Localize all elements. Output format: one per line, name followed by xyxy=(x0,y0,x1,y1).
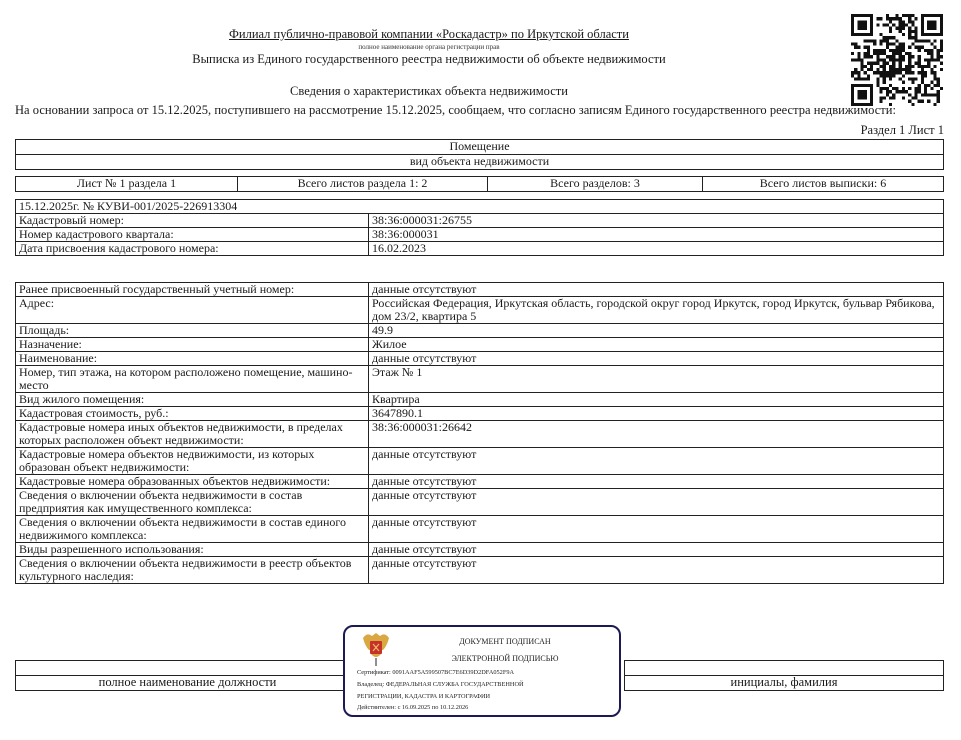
row-value: 38:36:000031:26642 xyxy=(369,421,944,448)
registration-row: Кадастровый номер:38:36:000031:26755 xyxy=(16,214,944,228)
section-title: Сведения о характеристиках объекта недви… xyxy=(0,84,858,99)
position-caption: полное наименование должности xyxy=(16,676,360,691)
row-value: данные отсутствуют xyxy=(369,557,944,584)
characteristic-row: Адрес:Российская Федерация, Иркутская об… xyxy=(16,297,944,324)
row-label: Наименование: xyxy=(16,352,369,366)
total-sheets-section: Всего листов раздела 1: 2 xyxy=(238,177,488,192)
characteristic-row: Кадастровые номера объектов недвижимости… xyxy=(16,448,944,475)
row-value: Этаж № 1 xyxy=(369,366,944,393)
row-label: Назначение: xyxy=(16,338,369,352)
row-value: данные отсутствуют xyxy=(369,489,944,516)
row-label: Виды разрешенного использования: xyxy=(16,543,369,557)
object-type-caption: вид объекта недвижимости xyxy=(16,155,944,170)
organization-caption: полное наименование органа регистрации п… xyxy=(0,43,858,51)
sheets-info-table: Лист № 1 раздела 1 Всего листов раздела … xyxy=(15,176,944,192)
characteristic-row: Ранее присвоенный государственный учетны… xyxy=(16,283,944,297)
total-sheets-extract: Всего листов выписки: 6 xyxy=(703,177,944,192)
row-label: Адрес: xyxy=(16,297,369,324)
row-value: 3647890.1 xyxy=(369,407,944,421)
row-value: данные отсутствуют xyxy=(369,283,944,297)
row-label: Ранее присвоенный государственный учетны… xyxy=(16,283,369,297)
total-sections: Всего разделов: 3 xyxy=(488,177,703,192)
stamp-owner-2: РЕГИСТРАЦИИ, КАДАСТРА И КАРТОГРАФИИ xyxy=(357,693,490,700)
section-reference: Раздел 1 Лист 1 xyxy=(861,123,944,138)
characteristic-row: Вид жилого помещения:Квартира xyxy=(16,393,944,407)
name-caption: инициалы, фамилия xyxy=(625,676,944,691)
row-label: Номер, тип этажа, на котором расположено… xyxy=(16,366,369,393)
qr-code-icon xyxy=(851,14,943,106)
row-label: Кадастровая стоимость, руб.: xyxy=(16,407,369,421)
characteristic-row: Кадастровые номера образованных объектов… xyxy=(16,475,944,489)
row-label: Номер кадастрового квартала: xyxy=(16,228,369,242)
row-label: Вид жилого помещения: xyxy=(16,393,369,407)
e-signature-stamp: ДОКУМЕНТ ПОДПИСАН ЭЛЕКТРОННОЙ ПОДПИСЬЮ С… xyxy=(343,625,621,717)
row-value: 49.9 xyxy=(369,324,944,338)
characteristic-row: Сведения о включении объекта недвижимост… xyxy=(16,557,944,584)
row-label: Сведения о включении объекта недвижимост… xyxy=(16,516,369,543)
row-label: Кадастровые номера образованных объектов… xyxy=(16,475,369,489)
row-label: Площадь: xyxy=(16,324,369,338)
stamp-owner-1: Владелец: ФЕДЕРАЛЬНАЯ СЛУЖБА ГОСУДАРСТВЕ… xyxy=(357,681,524,688)
object-type: Помещение xyxy=(16,140,944,155)
row-value: Российская Федерация, Иркутская область,… xyxy=(369,297,944,324)
organization-title: Филиал публично-правовой компании «Роска… xyxy=(0,27,858,42)
row-label: Кадастровые номера иных объектов недвижи… xyxy=(16,421,369,448)
stamp-line-2: ЭЛЕКТРОННОЙ ПОДПИСЬЮ xyxy=(405,654,605,663)
characteristic-row: Площадь:49.9 xyxy=(16,324,944,338)
characteristics-table: Ранее присвоенный государственный учетны… xyxy=(15,282,944,584)
stamp-validity: Действителен: с 16.09.2025 по 10.12.2026 xyxy=(357,704,468,711)
characteristic-row: Сведения о включении объекта недвижимост… xyxy=(16,489,944,516)
characteristic-row: Сведения о включении объекта недвижимост… xyxy=(16,516,944,543)
coat-of-arms-icon xyxy=(359,630,393,666)
registration-row: Номер кадастрового квартала:38:36:000031 xyxy=(16,228,944,242)
name-field xyxy=(625,661,944,676)
document-title: Выписка из Единого государственного реес… xyxy=(0,52,858,67)
registration-table: 15.12.2025г. № КУВИ-001/2025-226913304 К… xyxy=(15,199,944,256)
row-label: Кадастровые номера объектов недвижимости… xyxy=(16,448,369,475)
registration-number: 15.12.2025г. № КУВИ-001/2025-226913304 xyxy=(16,200,944,214)
row-value: данные отсутствуют xyxy=(369,543,944,557)
basis-text: На основании запроса от 15.12.2025, пост… xyxy=(15,103,896,118)
row-label: Дата присвоения кадастрового номера: xyxy=(16,242,369,256)
row-label: Сведения о включении объекта недвижимост… xyxy=(16,489,369,516)
sheet-number: Лист № 1 раздела 1 xyxy=(16,177,238,192)
row-value: 16.02.2023 xyxy=(369,242,944,256)
row-label: Кадастровый номер: xyxy=(16,214,369,228)
registration-row: Дата присвоения кадастрового номера:16.0… xyxy=(16,242,944,256)
stamp-line-1: ДОКУМЕНТ ПОДПИСАН xyxy=(405,637,605,646)
row-value: данные отсутствуют xyxy=(369,448,944,475)
row-value: 38:36:000031 xyxy=(369,228,944,242)
row-value: Квартира xyxy=(369,393,944,407)
row-value: данные отсутствуют xyxy=(369,475,944,489)
characteristic-row: Назначение:Жилое xyxy=(16,338,944,352)
row-label: Сведения о включении объекта недвижимост… xyxy=(16,557,369,584)
row-value: данные отсутствуют xyxy=(369,352,944,366)
characteristic-row: Номер, тип этажа, на котором расположено… xyxy=(16,366,944,393)
object-type-table: Помещение вид объекта недвижимости xyxy=(15,139,944,170)
characteristic-row: Кадастровая стоимость, руб.:3647890.1 xyxy=(16,407,944,421)
characteristic-row: Кадастровые номера иных объектов недвижи… xyxy=(16,421,944,448)
row-value: данные отсутствуют xyxy=(369,516,944,543)
position-field xyxy=(16,661,360,676)
row-value: Жилое xyxy=(369,338,944,352)
characteristic-row: Виды разрешенного использования:данные о… xyxy=(16,543,944,557)
stamp-certificate: Сертификат: 0091AAF5A599507BC7E6D39D2DFA… xyxy=(357,669,514,676)
row-value: 38:36:000031:26755 xyxy=(369,214,944,228)
characteristic-row: Наименование:данные отсутствуют xyxy=(16,352,944,366)
